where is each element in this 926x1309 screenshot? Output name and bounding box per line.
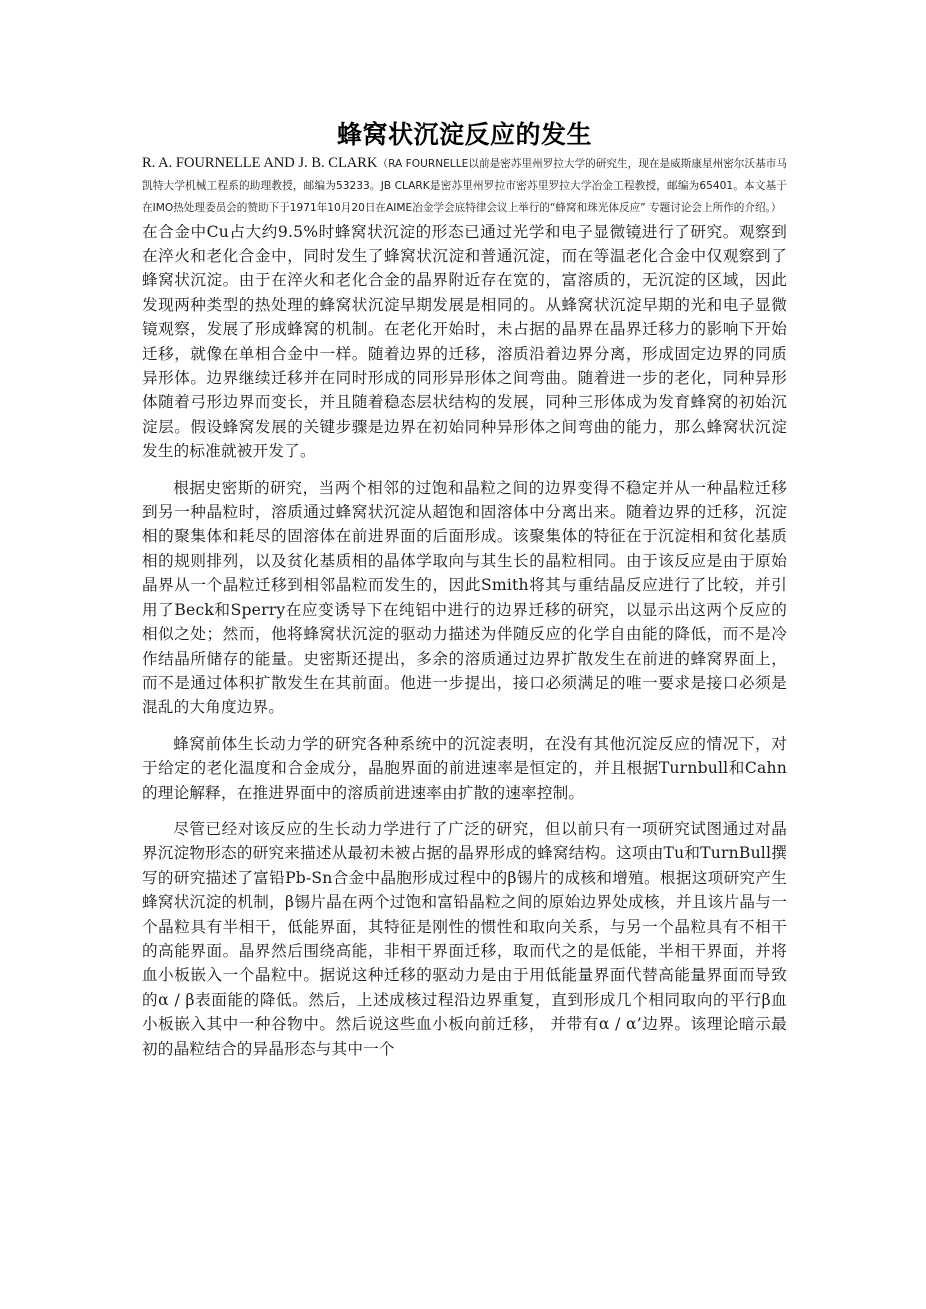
author-names: R. A. FOURNELLE AND J. B. CLARK <box>142 155 377 171</box>
author-byline: R. A. FOURNELLE AND J. B. CLARK（RA FOURN… <box>142 152 787 220</box>
paragraph-growth-kinetics: 蜂窝前体生长动力学的研究各种系统中的沉淀表明，在没有其他沉淀反应的情况下，对于给… <box>142 732 787 805</box>
paragraph-abstract: 在合金中Cu占大约9.5%时蜂窝状沉淀的形态已通过光学和电子显微镜进行了研究。观… <box>142 220 787 464</box>
paragraph-tu-turnbull: 尽管已经对该反应的生长动力学进行了广泛的研究，但以前只有一项研究试图通过对晶界沉… <box>142 817 787 1061</box>
document-title: 蜂窝状沉淀反应的发生 <box>142 118 787 152</box>
paragraph-smith-theory: 根据史密斯的研究，当两个相邻的过饱和晶粒之间的边界变得不稳定并从一种晶粒迁移到另… <box>142 476 787 720</box>
document-page: 蜂窝状沉淀反应的发生 R. A. FOURNELLE AND J. B. CLA… <box>142 118 787 1073</box>
document-body: 在合金中Cu占大约9.5%时蜂窝状沉淀的形态已通过光学和电子显微镜进行了研究。观… <box>142 220 787 1061</box>
